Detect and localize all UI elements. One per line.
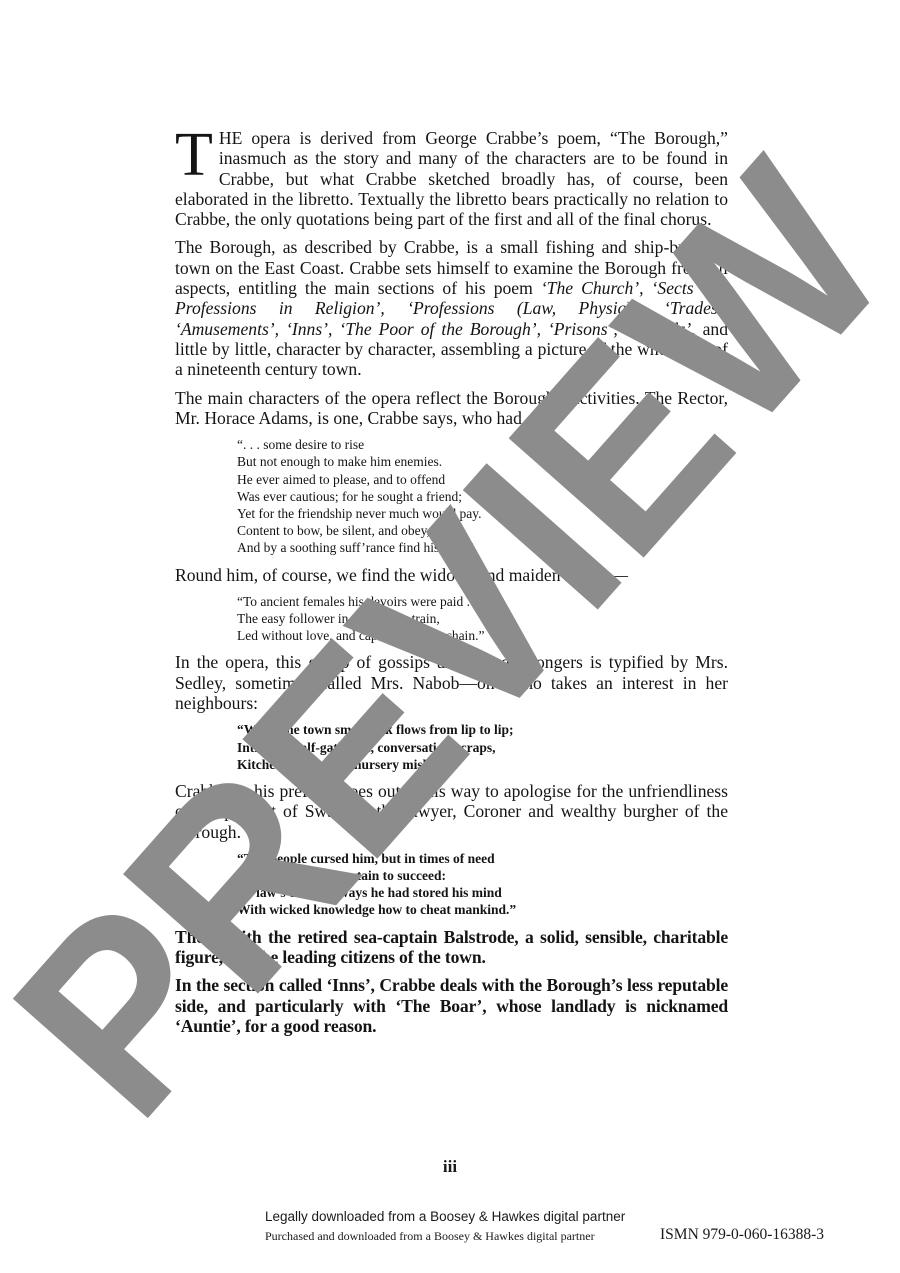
quote-line: Content to bow, be silent, and obey, [237,522,728,539]
quote-line: “The people cursed him, but in times of … [237,850,728,867]
quote-line: He ever aimed to please, and to offend [237,471,728,488]
paragraph-balstrode: These, with the retired sea-captain Bals… [175,927,728,968]
quote-line: Trusted in one so certain to succeed: [237,867,728,884]
paragraph-intro-text: HE opera is derived from George Crabbe’s… [175,128,728,229]
quote-lawyer: “The people cursed him, but in times of … [237,850,728,919]
footer-ismn: ISMN 979-0-060-16388-3 [660,1226,824,1244]
quote-rector: “. . . some desire to rise But not enoug… [237,436,728,556]
quote-line: With wicked knowledge how to cheat manki… [237,901,728,918]
quote-line: And by a soothing suff’rance find his wa… [237,539,728,556]
quote-line: But not enough to make him enemies. [237,453,728,470]
paragraph-characters: The main characters of the opera reflect… [175,388,728,429]
footer-purchase-notice: Purchased and downloaded from a Boosey &… [265,1229,595,1244]
document-page: THE opera is derived from George Crabbe’… [0,0,900,1273]
paragraph-swallow: Crabbe, in his preface, goes out of his … [175,781,728,842]
paragraph-intro: THE opera is derived from George Crabbe’… [175,128,728,229]
quote-line: “To ancient females his devoirs were pai… [237,593,728,610]
quote-line: The easy follower in the female train, [237,610,728,627]
quote-line: Yet for the friendship never much would … [237,505,728,522]
paragraph-gossips: In the opera, this group of gossips and … [175,652,728,713]
quote-females: “To ancient females his devoirs were pai… [237,593,728,645]
paragraph-borough: The Borough, as described by Crabbe, is … [175,237,728,379]
quote-small-talk: “While the town small-talk flows from li… [237,721,728,773]
quote-line: By law’s dark by-ways he had stored his … [237,884,728,901]
quote-line: Intrigues half-gathered, conversation-sc… [237,739,728,756]
quote-line: “. . . some desire to rise [237,436,728,453]
footer-legal-notice: Legally downloaded from a Boosey & Hawke… [265,1209,625,1224]
quote-line: Was ever cautious; for he sought a frien… [237,488,728,505]
body-text: THE opera is derived from George Crabbe’… [175,128,728,1044]
quote-line: Kitchen cabals, and nursery mishaps.” [237,756,728,773]
paragraph-inns: In the section called ‘Inns’, Crabbe dea… [175,975,728,1036]
quote-line: Led without love, and captive without ch… [237,627,728,644]
paragraph-widows: Round him, of course, we find the widows… [175,565,728,585]
quote-line: “While the town small-talk flows from li… [237,721,728,738]
drop-cap: T [175,130,213,180]
page-number: iii [0,1157,900,1177]
